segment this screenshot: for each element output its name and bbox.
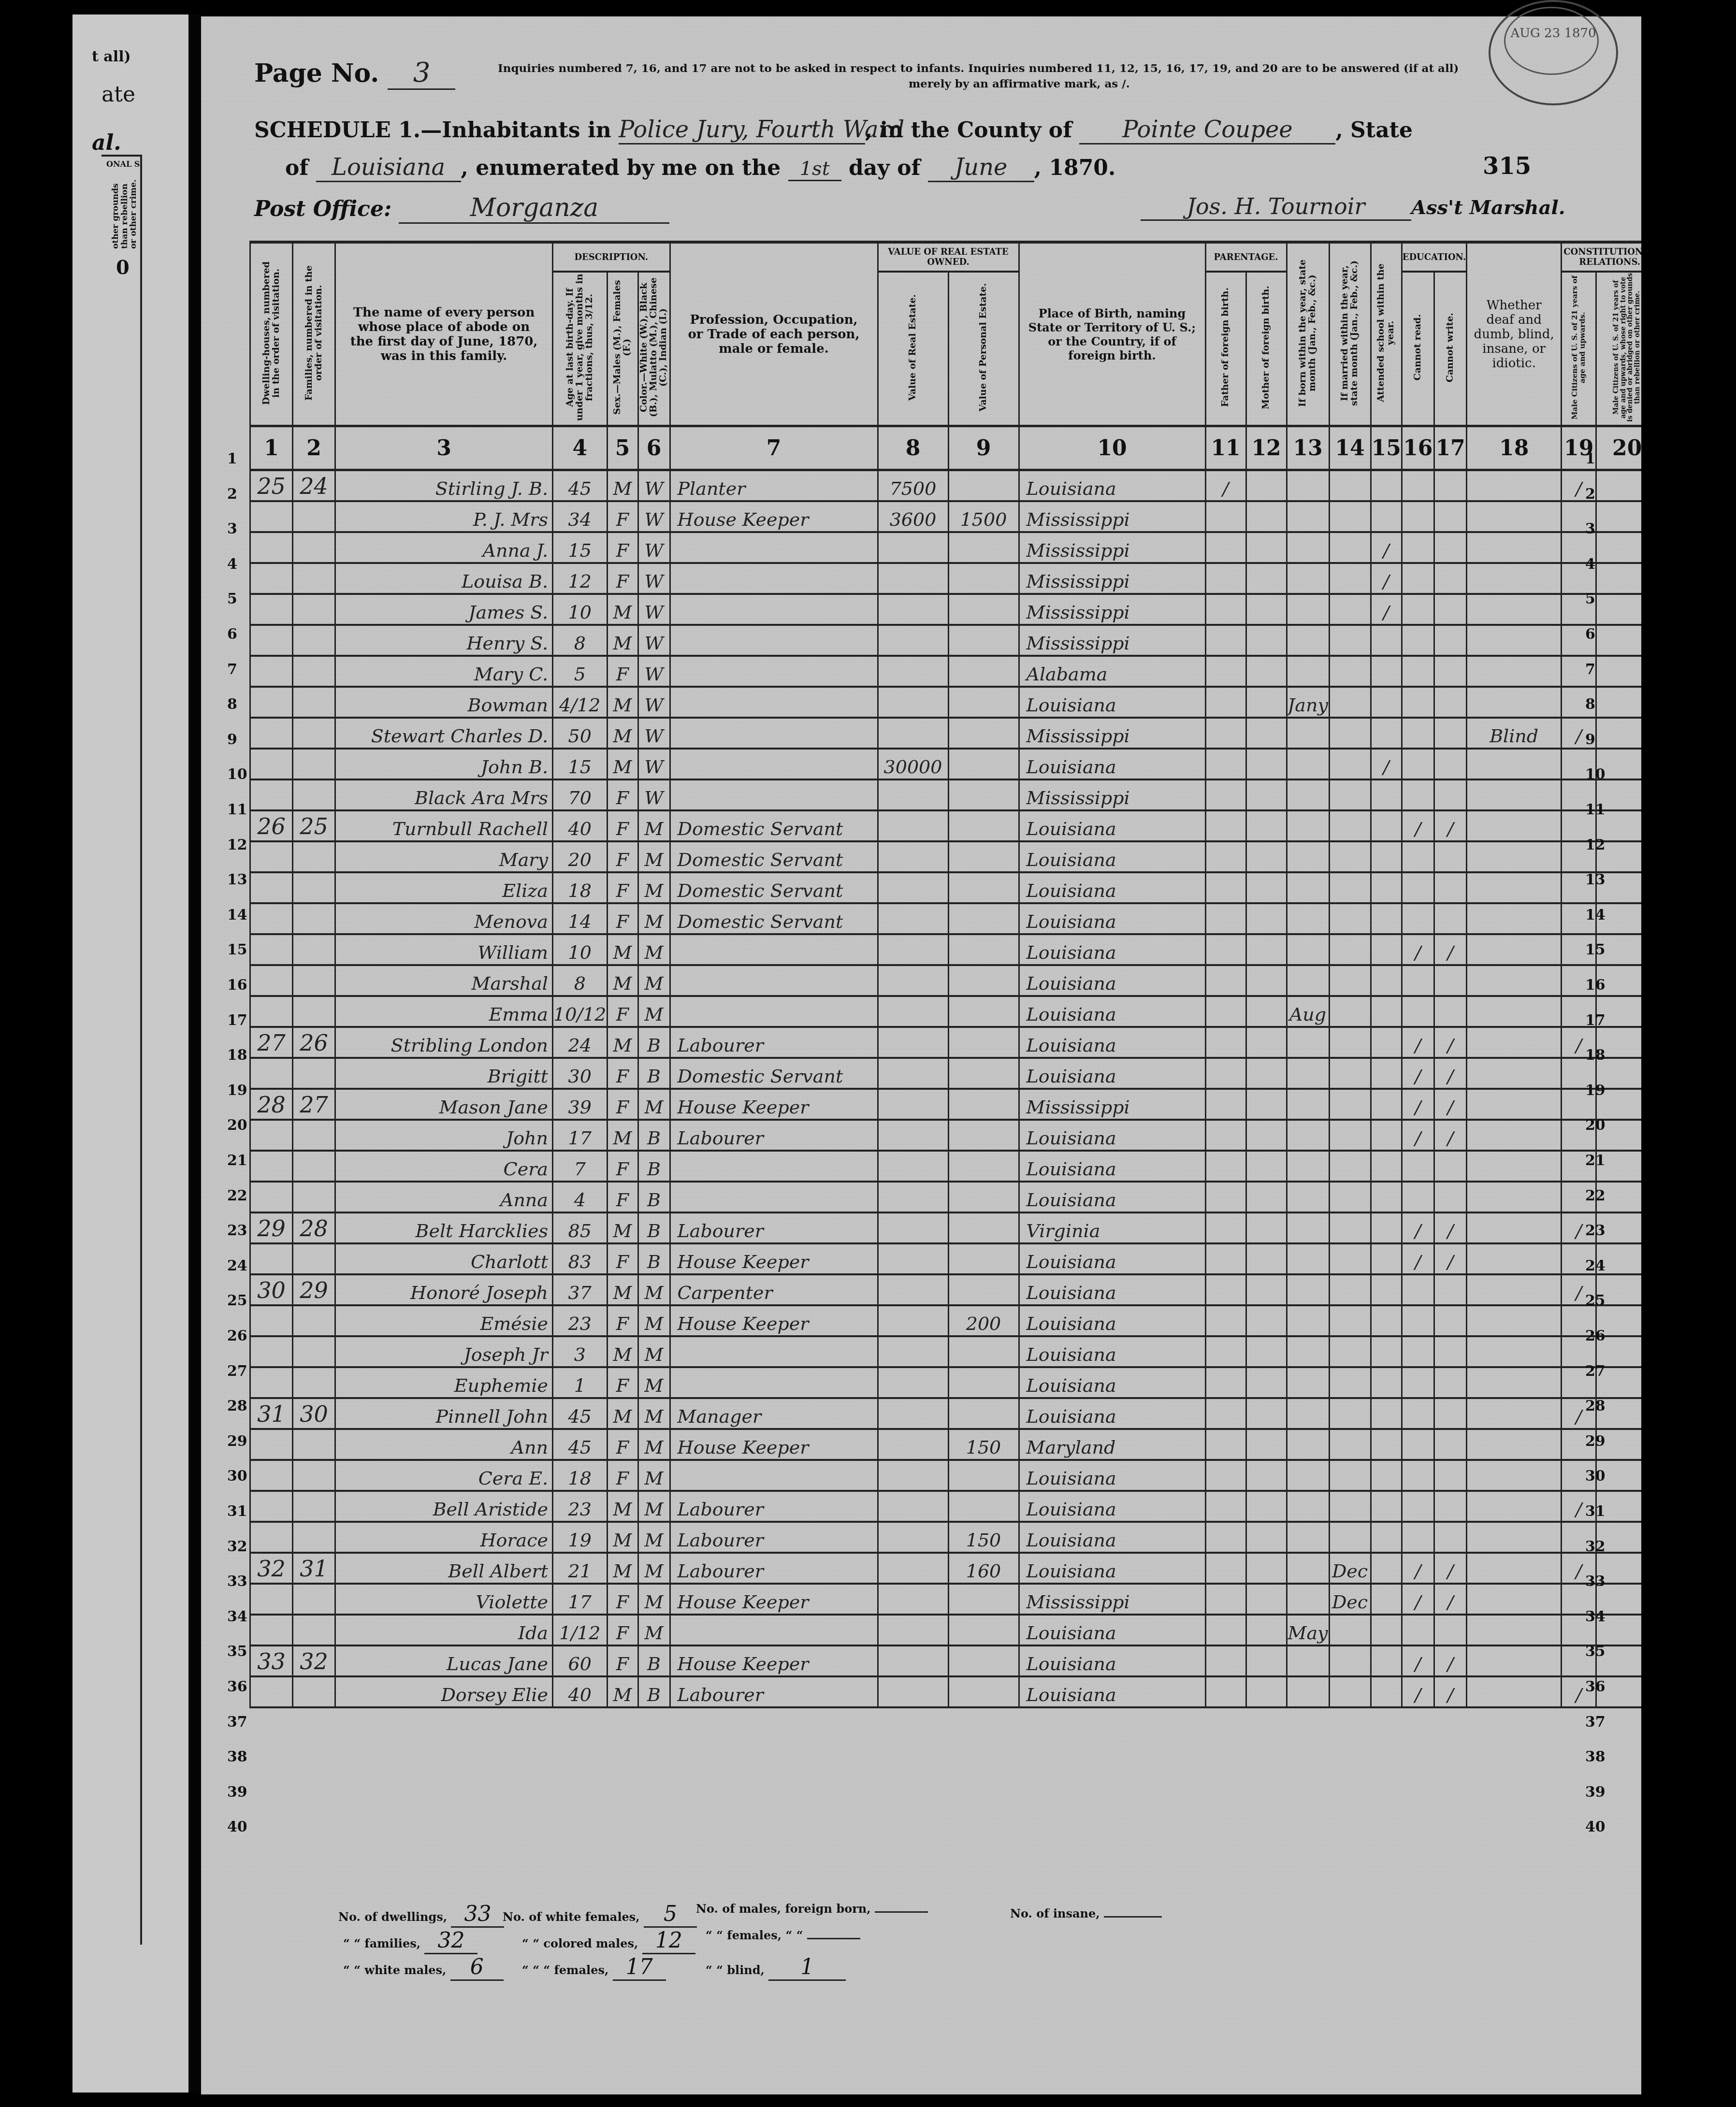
family-number-cell [293,1676,335,1707]
color-cell: B [638,1058,670,1089]
occupation-cell: House Keeper [670,501,878,532]
cannot-read-cell [1402,903,1434,934]
line-number: 15 [227,941,247,958]
personal-estate-value-cell [948,470,1019,502]
age-cell: 17 [553,1120,608,1151]
person-name-cell: Anna J. [335,532,553,563]
line-number: 19 [1585,1082,1606,1099]
disability-cell [1467,501,1562,532]
age-cell: 45 [553,470,608,502]
census-row: Eliza18FMDomestic ServantLouisiana [250,872,1658,903]
sex-cell: M [607,687,638,718]
dwelling-number-cell [250,965,293,996]
value-group-header: VALUE OF REAL ESTATE OWNED. [878,242,1019,272]
age-cell: 30 [553,1058,608,1089]
personal-estate-value-cell [948,718,1019,749]
family-number-cell: 27 [293,1089,335,1120]
color-cell: B [638,1120,670,1151]
birth-month-cell [1287,1305,1329,1336]
line-number: 3 [1585,520,1595,537]
disability-cell [1467,1367,1562,1398]
personal-estate-value-cell [948,965,1019,996]
mother-foreign-cell [1246,625,1287,656]
real-estate-value-cell [878,841,948,872]
line-number: 27 [227,1363,247,1380]
line-number: 1 [1585,450,1595,467]
birthplace-cell: Louisiana [1019,1645,1205,1676]
dwelling-number-cell [250,872,293,903]
prev-note-fragment: t all) [92,48,131,65]
line-number: 33 [1585,1573,1606,1590]
occupation-cell [670,1182,878,1212]
marriage-month-cell: Dec [1329,1553,1371,1584]
marriage-month-cell [1329,749,1371,779]
family-number-cell [293,1058,335,1089]
marriage-month-cell [1329,1120,1371,1151]
birthplace-cell: Mississippi [1019,1089,1205,1120]
real-estate-value-cell [878,1522,948,1553]
color-cell: M [638,1336,670,1367]
age-cell: 40 [553,810,608,841]
cannot-write-cell [1434,903,1466,934]
birth-month-cell [1287,563,1329,594]
sex-cell: F [607,656,638,687]
cannot-read-cell [1402,749,1434,779]
dwelling-number-cell: 33 [250,1645,293,1676]
attended-school-cell [1371,841,1402,872]
col14-header: If married within the year, state month … [1329,242,1371,426]
real-estate-value-cell [878,1274,948,1305]
line-number: 5 [1585,591,1595,607]
age-cell: 85 [553,1212,608,1243]
color-cell: W [638,625,670,656]
family-number-cell [293,1460,335,1491]
parentage-group-header: PARENTAGE. [1205,242,1287,272]
white-males-count: 6 [450,1955,504,1981]
mother-foreign-cell [1246,501,1287,532]
marriage-month-cell [1329,625,1371,656]
birthplace-cell: Louisiana [1019,470,1205,502]
color-cell: W [638,594,670,625]
marriage-month-cell [1329,1336,1371,1367]
age-cell: 23 [553,1491,608,1522]
insane-summary: No. of insane, [1010,1906,1162,1920]
birthplace-cell: Mississippi [1019,563,1205,594]
census-row: Ida1/12FMLouisianaMay [250,1615,1658,1645]
person-name-cell: Stribling London [335,1027,553,1058]
attended-school-cell [1371,1615,1402,1645]
birth-month-cell [1287,965,1329,996]
birthplace-cell: Louisiana [1019,1336,1205,1367]
personal-estate-value-cell [948,1058,1019,1089]
real-estate-value-cell [878,1460,948,1491]
sex-cell: F [607,1460,638,1491]
census-row: Louisa B.12FWMississippi/ [250,563,1658,594]
col13-header: If born within the year, state month (Ja… [1287,242,1329,426]
birthplace-cell: Louisiana [1019,1151,1205,1182]
census-row: John17MBLabourerLouisiana// [250,1120,1658,1151]
real-estate-value-cell [878,625,948,656]
attended-school-cell [1371,501,1402,532]
marriage-month-cell [1329,779,1371,810]
cannot-write-cell [1434,625,1466,656]
disability-cell [1467,1460,1562,1491]
occupation-cell: Labourer [670,1212,878,1243]
person-name-cell: Ida [335,1615,553,1645]
dwelling-number-cell: 29 [250,1212,293,1243]
disability-cell [1467,934,1562,965]
sex-cell: F [607,996,638,1027]
line-number: 11 [227,801,247,818]
mother-foreign-cell [1246,1243,1287,1274]
real-estate-value-cell [878,594,948,625]
disability-cell [1467,996,1562,1027]
marriage-month-cell [1329,1398,1371,1429]
family-number-cell [293,1367,335,1398]
father-foreign-cell [1205,1243,1246,1274]
col6-header: Color.—White (W.), Black (B.), Mulatto (… [638,272,670,426]
disability-cell [1467,656,1562,687]
birth-month-cell [1287,501,1329,532]
month-field: June [928,154,1034,182]
col5-header: Sex.—Males (M.), Females (F.) [607,272,638,426]
personal-estate-value-cell [948,810,1019,841]
father-foreign-cell [1205,1182,1246,1212]
person-name-cell: Honoré Joseph [335,1274,553,1305]
father-foreign-cell [1205,779,1246,810]
family-number-cell [293,779,335,810]
line-number: 25 [1585,1292,1606,1309]
previous-page-edge: t all) ate al. ONAL S. other grounds tha… [72,14,188,2093]
personal-estate-value-cell [948,1367,1019,1398]
sex-cell: F [607,1429,638,1460]
father-foreign-cell [1205,1615,1246,1645]
cannot-read-cell [1402,1615,1434,1645]
father-foreign-cell [1205,1274,1246,1305]
birth-month-cell [1287,841,1329,872]
birth-month-cell [1287,1243,1329,1274]
real-estate-value-cell [878,1429,948,1460]
dwelling-number-cell [250,1676,293,1707]
dwelling-number-cell [250,1615,293,1645]
mother-foreign-cell [1246,1212,1287,1243]
sex-cell: F [607,1243,638,1274]
father-foreign-cell [1205,1676,1246,1707]
marriage-month-cell [1329,965,1371,996]
cannot-read-cell [1402,687,1434,718]
person-name-cell: Stirling J. B. [335,470,553,502]
birth-month-cell [1287,1522,1329,1553]
census-row: 2524Stirling J. B.45MWPlanter7500Louisia… [250,470,1658,502]
father-foreign-cell [1205,1151,1246,1182]
census-row: William10MMLouisiana// [250,934,1658,965]
census-row: P. J. Mrs34FWHouse Keeper36001500Mississ… [250,501,1658,532]
attended-school-cell [1371,1336,1402,1367]
family-number-cell [293,501,335,532]
sex-cell: M [607,1212,638,1243]
prev-marshal-fragment: al. [92,130,121,155]
color-cell: W [638,749,670,779]
family-number-cell [293,903,335,934]
line-number: 20 [1585,1117,1606,1134]
person-name-cell: Horace [335,1522,553,1553]
census-row: Violette17FMHouse KeeperMississippiDec// [250,1584,1658,1615]
prev-state-fragment: ate [101,82,135,107]
father-foreign-cell [1205,1429,1246,1460]
birthplace-cell: Louisiana [1019,1305,1205,1336]
person-name-cell: Menova [335,903,553,934]
census-row: 3029Honoré Joseph37MMCarpenterLouisiana/ [250,1274,1658,1305]
attended-school-cell [1371,934,1402,965]
real-estate-value-cell [878,1058,948,1089]
census-row: Menova14FMDomestic ServantLouisiana [250,903,1658,934]
occupation-cell: House Keeper [670,1089,878,1120]
marriage-month-cell [1329,1243,1371,1274]
real-estate-value-cell [878,1676,948,1707]
sex-cell: F [607,1089,638,1120]
cannot-write-cell [1434,872,1466,903]
disability-cell [1467,1243,1562,1274]
line-number: 6 [227,626,237,643]
mother-foreign-cell [1246,1367,1287,1398]
prev-col20-text: other grounds than rebellion or other cr… [111,176,138,249]
occupation-cell: Domestic Servant [670,872,878,903]
birthplace-cell: Mississippi [1019,779,1205,810]
cannot-read-cell [1402,1460,1434,1491]
occupation-cell [670,625,878,656]
color-cell: B [638,1212,670,1243]
colored-females-count: 17 [613,1955,666,1981]
sex-cell: F [607,1645,638,1676]
family-number-cell [293,594,335,625]
age-cell: 37 [553,1274,608,1305]
attended-school-cell: / [1371,749,1402,779]
family-number-cell [293,1151,335,1182]
disability-cell [1467,1027,1562,1058]
cannot-read-cell: / [1402,1243,1434,1274]
father-foreign-cell: / [1205,470,1246,502]
line-number: 17 [227,1012,247,1029]
marriage-month-cell [1329,872,1371,903]
father-foreign-cell [1205,810,1246,841]
attended-school-cell [1371,1367,1402,1398]
attended-school-cell [1371,1460,1402,1491]
color-cell: M [638,1305,670,1336]
mother-foreign-cell [1246,1460,1287,1491]
birthplace-cell: Louisiana [1019,749,1205,779]
census-row: Joseph Jr3MMLouisiana [250,1336,1658,1367]
color-cell: W [638,532,670,563]
color-cell: B [638,1243,670,1274]
occupation-cell [670,1336,878,1367]
sex-cell: F [607,1367,638,1398]
white-females-count: 5 [644,1902,697,1928]
age-cell: 7 [553,1151,608,1182]
age-cell: 20 [553,841,608,872]
family-number-cell: 25 [293,810,335,841]
birthplace-cell: Louisiana [1019,903,1205,934]
family-number-cell [293,563,335,594]
family-number-cell [293,965,335,996]
real-estate-value-cell [878,687,948,718]
disability-cell [1467,563,1562,594]
personal-estate-value-cell [948,903,1019,934]
personal-estate-value-cell [948,1645,1019,1676]
disability-cell [1467,1645,1562,1676]
attended-school-cell [1371,965,1402,996]
occupation-cell: Labourer [670,1522,878,1553]
person-name-cell: Marshal [335,965,553,996]
disability-cell [1467,1151,1562,1182]
person-name-cell: Belt Harcklies [335,1212,553,1243]
marriage-month-cell: Dec [1329,1584,1371,1615]
sex-cell: F [607,872,638,903]
cannot-write-cell [1434,594,1466,625]
cannot-write-cell [1434,965,1466,996]
father-foreign-cell [1205,1367,1246,1398]
cannot-write-cell: / [1434,1027,1466,1058]
occupation-cell: Carpenter [670,1274,878,1305]
personal-estate-value-cell [948,1584,1019,1615]
cannot-read-cell [1402,656,1434,687]
cannot-read-cell [1402,594,1434,625]
occupation-cell: Labourer [670,1027,878,1058]
cannot-write-cell [1434,532,1466,563]
mother-foreign-cell [1246,1120,1287,1151]
birthplace-cell: Louisiana [1019,1460,1205,1491]
marriage-month-cell [1329,810,1371,841]
col3-header: The name of every person whose place of … [335,242,553,426]
age-cell: 10 [553,934,608,965]
personal-estate-value-cell [948,1089,1019,1120]
birthplace-cell: Louisiana [1019,1553,1205,1584]
age-cell: 8 [553,965,608,996]
col18-header: Whether deaf and dumb, blind, insane, or… [1467,242,1562,426]
line-number: 8 [227,696,237,713]
enumeration-line: of Louisiana, enumerated by me on the 1s… [285,154,1115,182]
disability-cell [1467,1584,1562,1615]
dwelling-number-cell [250,1429,293,1460]
line-number: 12 [1585,837,1606,853]
line-number: 35 [227,1643,247,1660]
dwelling-number-cell [250,687,293,718]
disability-cell [1467,965,1562,996]
dwelling-number-cell [250,1491,293,1522]
mother-foreign-cell [1246,872,1287,903]
person-name-cell: John [335,1120,553,1151]
real-estate-value-cell [878,563,948,594]
father-foreign-cell [1205,749,1246,779]
father-foreign-cell [1205,1120,1246,1151]
line-number: 29 [227,1433,247,1450]
birthplace-cell: Mississippi [1019,594,1205,625]
sex-cell: F [607,532,638,563]
birthplace-cell: Maryland [1019,1429,1205,1460]
personal-estate-value-cell [948,1151,1019,1182]
line-number: 18 [227,1047,247,1064]
marriage-month-cell [1329,1429,1371,1460]
personal-estate-value-cell [948,532,1019,563]
birthplace-cell: Louisiana [1019,1274,1205,1305]
age-cell: 39 [553,1089,608,1120]
line-number: 40 [227,1818,247,1835]
line-number: 16 [1585,977,1606,994]
birth-month-cell [1287,1367,1329,1398]
cannot-write-cell [1434,1522,1466,1553]
birth-month-cell [1287,1429,1329,1460]
line-number: 15 [1585,941,1606,958]
marriage-month-cell [1329,1676,1371,1707]
occupation-cell [670,779,878,810]
line-number: 22 [227,1187,247,1204]
cannot-write-cell [1434,841,1466,872]
birth-month-cell [1287,810,1329,841]
person-name-cell: Mary [335,841,553,872]
scan-border-bottom [0,2094,1736,2107]
dwelling-number-cell [250,779,293,810]
attended-school-cell [1371,1027,1402,1058]
age-cell: 18 [553,1460,608,1491]
census-row: Horace19MMLabourer150Louisiana [250,1522,1658,1553]
family-number-cell [293,1615,335,1645]
mother-foreign-cell [1246,1398,1287,1429]
col11-header: Father of foreign birth. [1205,272,1246,426]
personal-estate-value-cell [948,1212,1019,1243]
sex-cell: F [607,1151,638,1182]
line-number: 19 [227,1082,247,1099]
marriage-month-cell [1329,1027,1371,1058]
sex-cell: F [607,1182,638,1212]
birth-month-cell [1287,1151,1329,1182]
census-row: 2928Belt Harcklies85MBLabourerVirginia//… [250,1212,1658,1243]
attended-school-cell [1371,1274,1402,1305]
mother-foreign-cell [1246,1182,1287,1212]
mother-foreign-cell [1246,594,1287,625]
line-number: 24 [227,1257,247,1274]
real-estate-value-cell [878,1367,948,1398]
age-cell: 19 [553,1522,608,1553]
age-cell: 10 [553,594,608,625]
sex-cell: F [607,1584,638,1615]
age-cell: 14 [553,903,608,934]
col2-header: Families, numbered in the order of visit… [293,242,335,426]
dwelling-number-cell: 32 [250,1553,293,1584]
cannot-write-cell: / [1434,1089,1466,1120]
family-number-cell [293,532,335,563]
person-name-cell: Bowman [335,687,553,718]
family-number-cell [293,934,335,965]
mother-foreign-cell [1246,841,1287,872]
attended-school-cell: / [1371,563,1402,594]
census-row: Anna J.15FWMississippi/ [250,532,1658,563]
birth-month-cell [1287,718,1329,749]
marriage-month-cell [1329,841,1371,872]
real-estate-value-cell [878,1243,948,1274]
cannot-read-cell [1402,1491,1434,1522]
cannot-read-cell [1402,1336,1434,1367]
disability-cell [1467,1615,1562,1645]
birth-month-cell [1287,1584,1329,1615]
age-cell: 45 [553,1429,608,1460]
disability-cell [1467,625,1562,656]
cannot-write-cell [1434,718,1466,749]
birth-month-cell [1287,1274,1329,1305]
census-row: 2827Mason Jane39FMHouse KeeperMississipp… [250,1089,1658,1120]
birth-month-cell [1287,1676,1329,1707]
occupation-cell: Domestic Servant [670,903,878,934]
cannot-write-cell [1434,470,1466,502]
personal-estate-value-cell: 1500 [948,501,1019,532]
